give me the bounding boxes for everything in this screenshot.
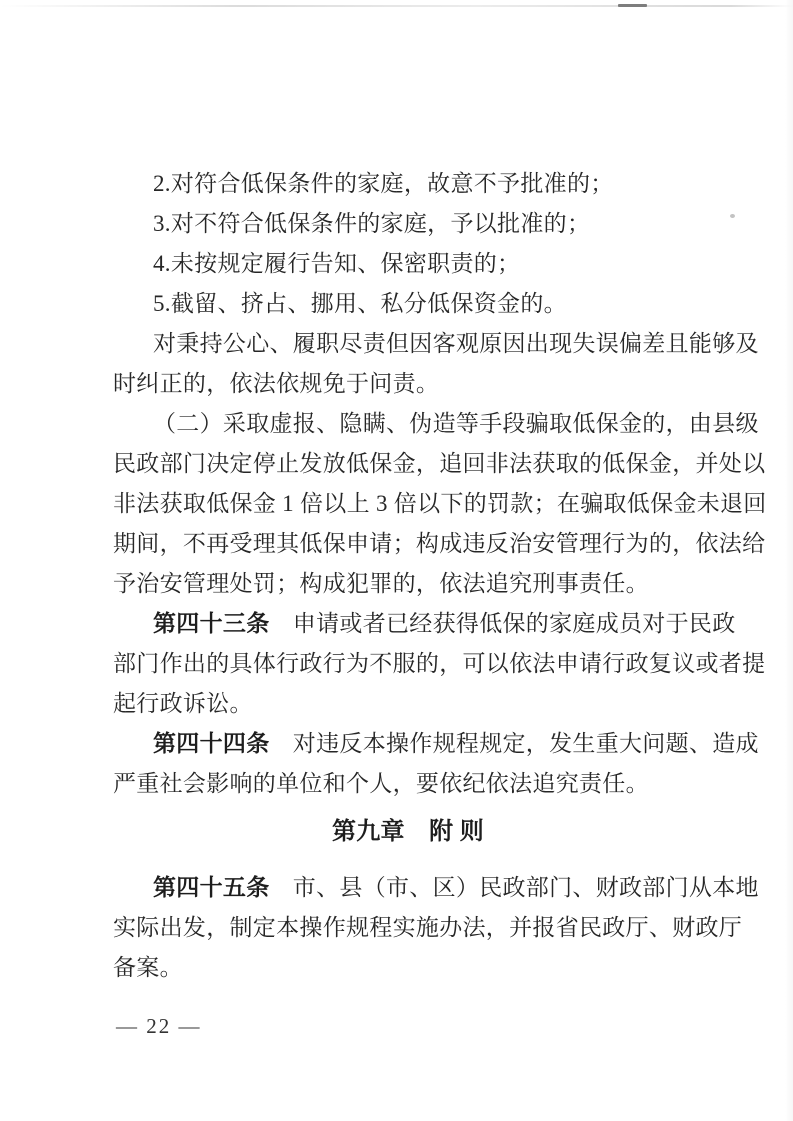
body-text: 2.对符合低保条件的家庭，故意不予批准的； <box>153 171 614 196</box>
body-text: 起行政诉讼。 <box>113 691 253 716</box>
text-line: 4.未按规定履行告知、保密职责的； <box>113 244 745 284</box>
text-line: （二）采取虚报、隐瞒、伪造等手段骗取低保金的，由县级 <box>113 404 745 444</box>
body-text: 对秉持公心、履职尽责但因客观原因出现失误偏差且能够及 <box>153 331 759 356</box>
scan-edge-artifact <box>0 5 793 7</box>
text-line: 第四十三条 申请或者已经获得低保的家庭成员对于民政 <box>113 604 745 644</box>
text-line: 非法获取低保金 1 倍以上 3 倍以下的罚款；在骗取低保金未退回 <box>113 484 745 524</box>
body-text: 3.对不符合低保条件的家庭，予以批准的； <box>153 211 590 236</box>
text-line: 予治安管理处罚；构成犯罪的，依法追究刑事责任。 <box>113 564 745 604</box>
article-number-text: 第四十五条 <box>153 875 270 900</box>
text-line: 部门作出的具体行政行为不服的，可以依法申请行政复议或者提 <box>113 644 745 684</box>
scan-right-edge-shading <box>785 0 793 1121</box>
text-line: 实际出发，制定本操作规程实施办法，并报省民政厅、财政厅 <box>113 908 745 948</box>
page-number: — 22 — <box>116 1014 202 1039</box>
body-text: 严重社会影响的单位和个人，要依纪依法追究责任。 <box>113 771 649 796</box>
text-line: 备案。 <box>113 948 745 988</box>
text-line: 5.截留、挤占、挪用、私分低保资金的。 <box>113 284 745 324</box>
text-line: 3.对不符合低保条件的家庭，予以批准的； <box>113 204 745 244</box>
text-line: 期间，不再受理其低保申请；构成违反治安管理行为的，依法给 <box>113 524 745 564</box>
text-line: 起行政诉讼。 <box>113 684 745 724</box>
body-text: 予治安管理处罚；构成犯罪的，依法追究刑事责任。 <box>113 571 649 596</box>
body-text: 民政部门决定停止发放低保金，追回非法获取的低保金，并处以 <box>113 451 765 476</box>
article-number-text: 第四十三条 <box>153 611 270 636</box>
text-line: 第四十五条 市、县（市、区）民政部门、财政部门从本地 <box>113 868 745 908</box>
article-number-text: 第四十四条 <box>153 731 270 756</box>
body-text: 期间，不再受理其低保申请；构成违反治安管理行为的，依法给 <box>113 531 765 556</box>
body-text: 4.未按规定履行告知、保密职责的； <box>153 251 520 276</box>
body-text: （二）采取虚报、隐瞒、伪造等手段骗取低保金的，由县级 <box>153 411 759 436</box>
article-number-text: 第九章 附 则 <box>332 819 484 845</box>
body-text: 时纠正的，依法依规免于问责。 <box>113 371 439 396</box>
text-line: 民政部门决定停止发放低保金，追回非法获取的低保金，并处以 <box>113 444 745 484</box>
text-line: 对秉持公心、履职尽责但因客观原因出现失误偏差且能够及 <box>113 324 745 364</box>
text-line: 第四十四条 对违反本操作规程规定，发生重大问题、造成 <box>113 724 745 764</box>
text-line: 时纠正的，依法依规免于问责。 <box>113 364 745 404</box>
text-line: 2.对符合低保条件的家庭，故意不予批准的； <box>113 164 745 204</box>
text-line: 严重社会影响的单位和个人，要依纪依法追究责任。 <box>113 764 745 804</box>
body-text: 备案。 <box>113 955 183 980</box>
body-text: 市、县（市、区）民政部门、财政部门从本地 <box>270 875 759 900</box>
body-text: 对违反本操作规程规定，发生重大问题、造成 <box>270 731 759 756</box>
body-text: 实际出发，制定本操作规程实施办法，并报省民政厅、财政厅 <box>113 915 742 940</box>
chapter-heading: 第九章 附 则 <box>113 814 745 850</box>
body-text: 部门作出的具体行政行为不服的，可以依法申请行政复议或者提 <box>113 651 765 676</box>
body-text: 申请或者已经获得低保的家庭成员对于民政 <box>270 611 736 636</box>
document-body: 2.对符合低保条件的家庭，故意不予批准的；3.对不符合低保条件的家庭，予以批准的… <box>113 164 745 988</box>
body-text: 非法获取低保金 1 倍以上 3 倍以下的罚款；在骗取低保金未退回 <box>113 491 767 516</box>
body-text: 5.截留、挤占、挪用、私分低保资金的。 <box>153 291 567 316</box>
scan-mark-artifact <box>618 4 647 7</box>
scanned-document-page: 2.对符合低保条件的家庭，故意不予批准的；3.对不符合低保条件的家庭，予以批准的… <box>0 0 793 1121</box>
